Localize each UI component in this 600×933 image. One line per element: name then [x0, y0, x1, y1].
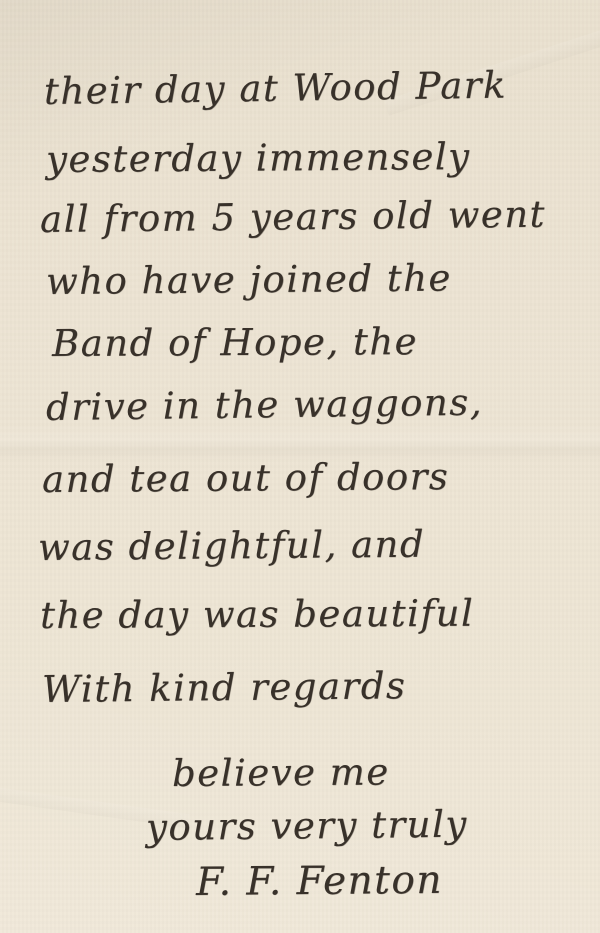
- handwriting-line-4: who have joined the: [46, 256, 452, 303]
- handwriting-line-2: yesterday immensely: [46, 135, 471, 181]
- closing-line-believe-me: believe me: [172, 750, 390, 795]
- handwriting-line-8: was delightful, and: [38, 523, 425, 569]
- handwriting-line-3: all from 5 years old went: [40, 193, 546, 241]
- closing-line-regards: With kind regards: [42, 664, 407, 711]
- signature: F. F. Fenton: [196, 858, 443, 905]
- closing-line-yours-truly: yours very truly: [146, 803, 468, 849]
- handwriting-line-5: Band of Hope, the: [52, 320, 418, 365]
- letter-page: their day at Wood Park yesterday immense…: [0, 0, 600, 933]
- handwriting-line-9: the day was beautiful: [40, 592, 475, 637]
- handwriting-line-6: drive in the waggons,: [46, 381, 484, 429]
- handwriting-line-1: their day at Wood Park: [44, 64, 507, 113]
- handwriting-line-7: and tea out of doors: [42, 455, 450, 501]
